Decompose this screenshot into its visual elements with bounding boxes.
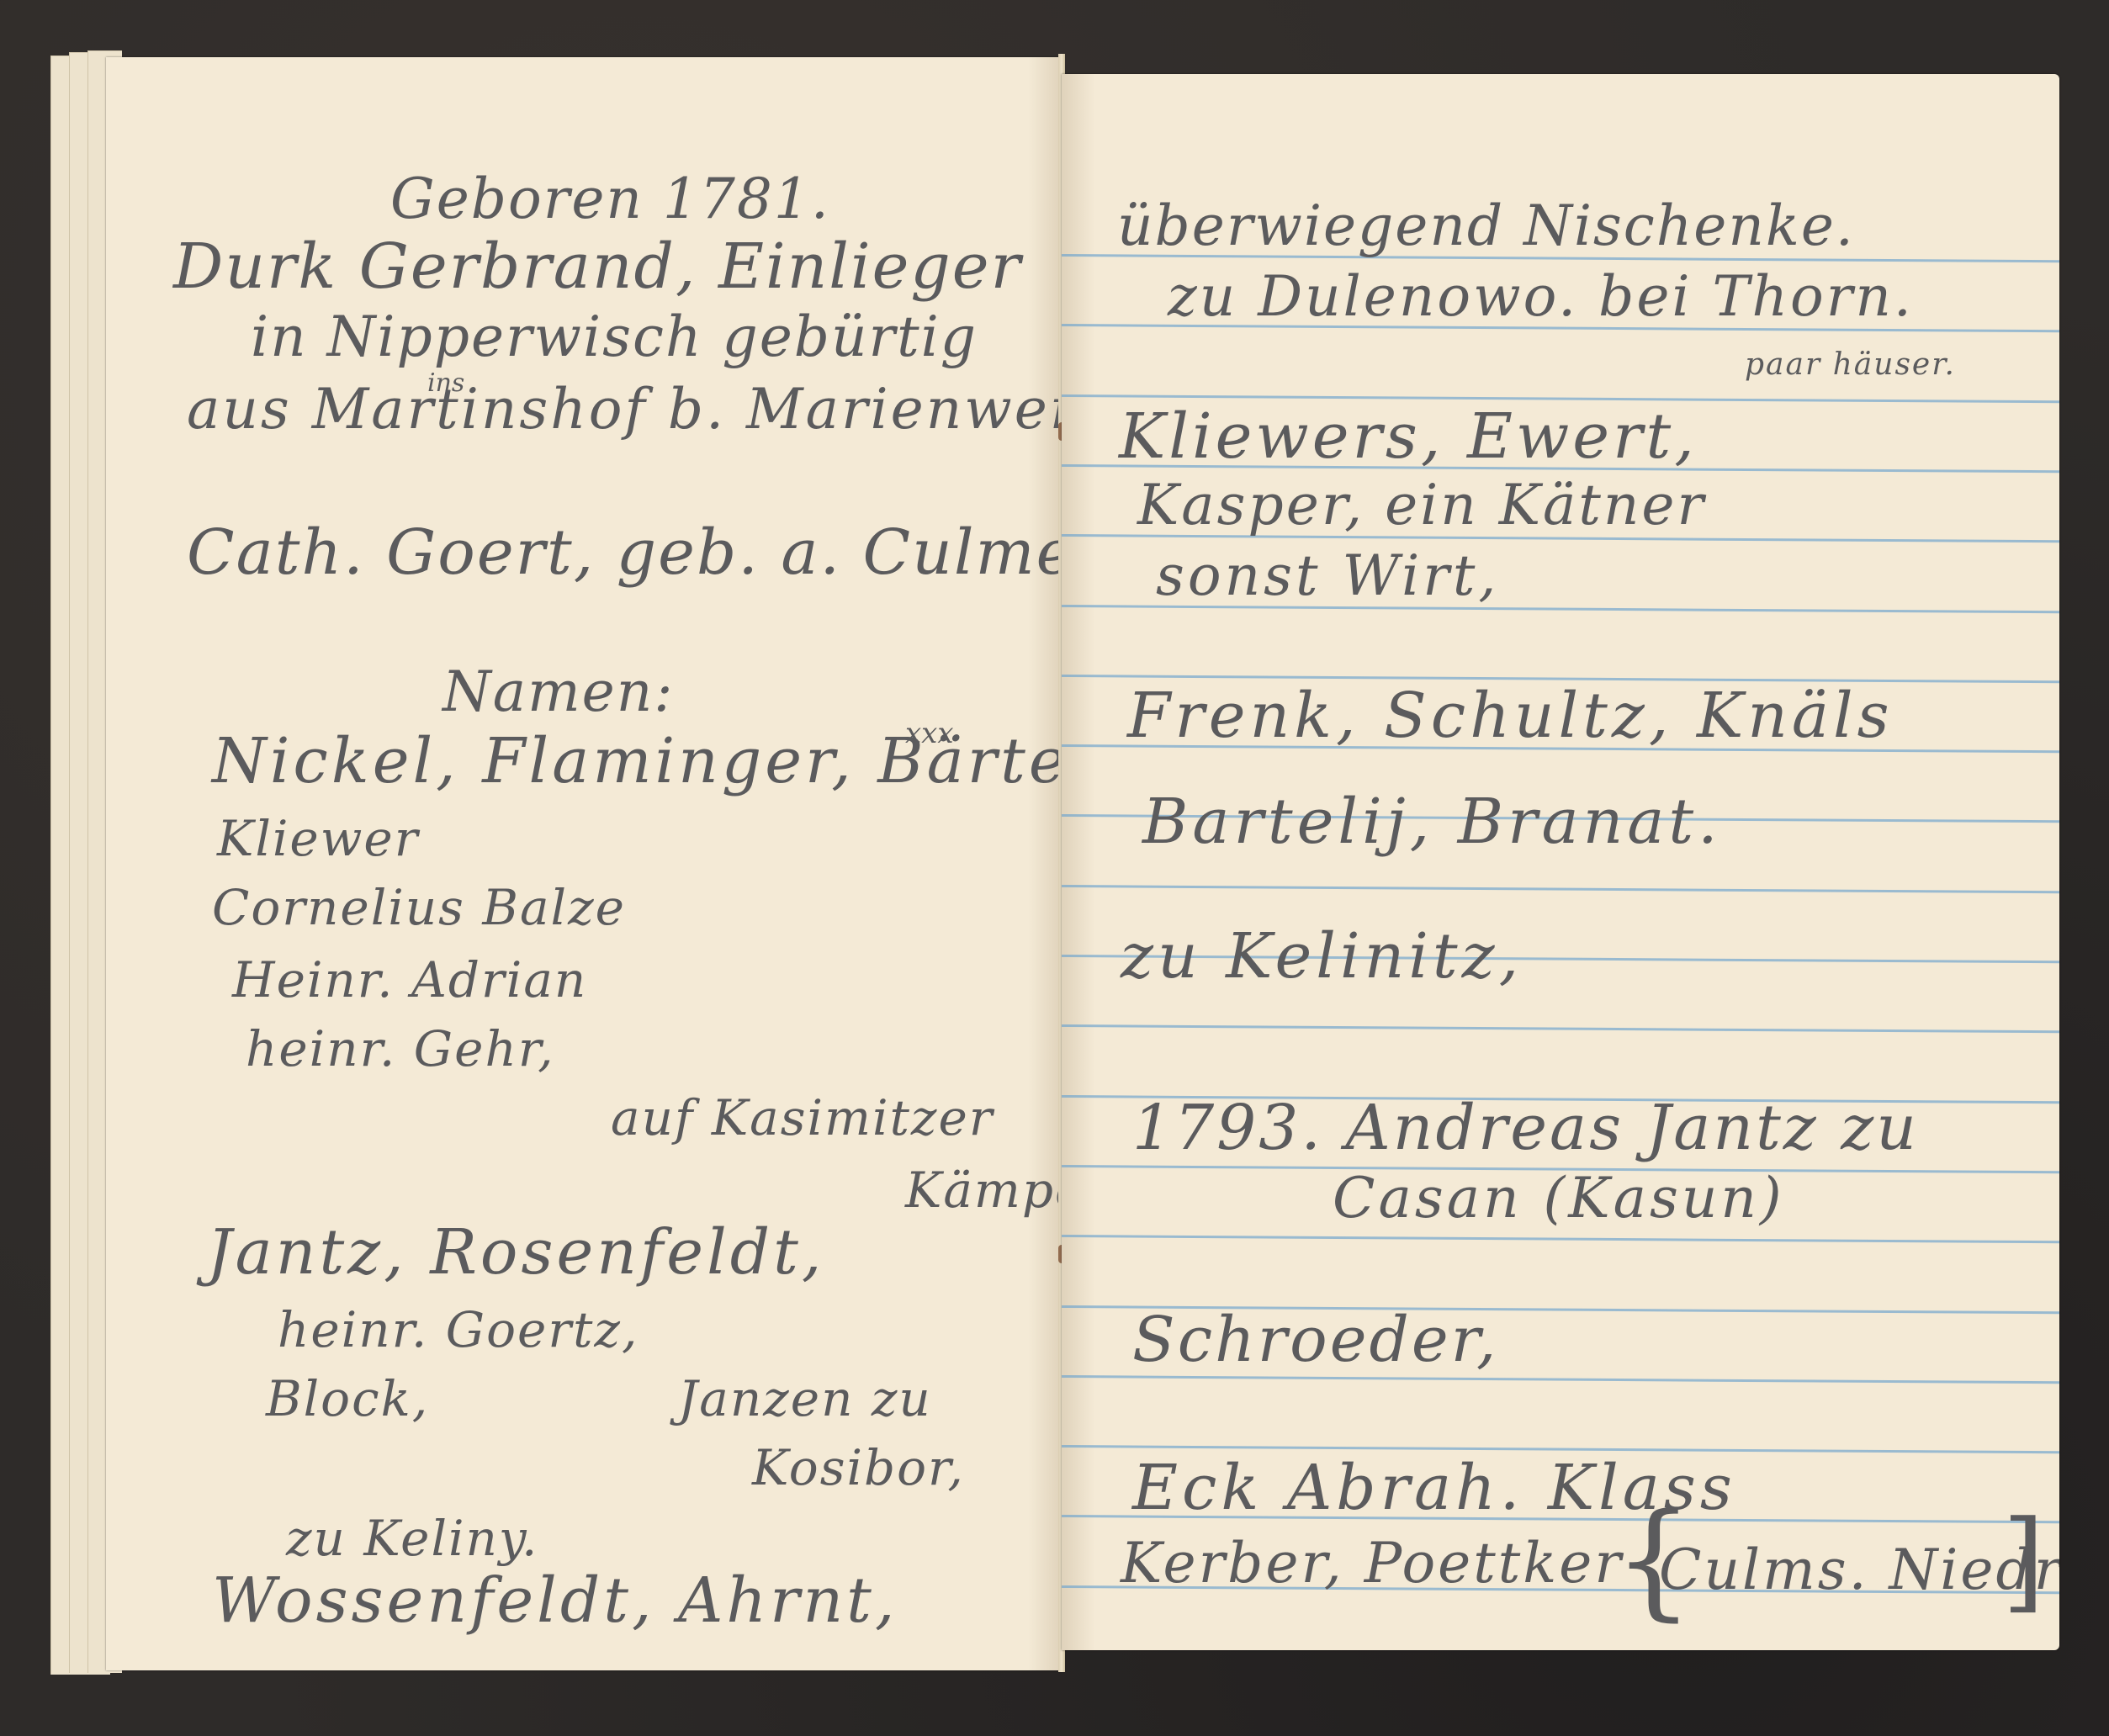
handwritten-line: zu Keliny. <box>286 1514 538 1563</box>
handwritten-line: Kliewer <box>217 814 419 863</box>
rule-line <box>1062 1375 2059 1384</box>
handwritten-line: in Nipperwisch gebürtig <box>251 310 978 365</box>
handwritten-line: Wossenfeldt, Ahrnt, <box>212 1569 898 1632</box>
handwritten-heading: Namen: <box>442 664 674 720</box>
handwritten-line: Janzen zu <box>678 1374 932 1423</box>
handwritten-line: Schroeder, <box>1132 1309 1498 1371</box>
handwritten-line: Durk Gerbrand, Einlieger <box>173 236 1022 298</box>
rule-line <box>1062 885 2059 893</box>
handwritten-line: Cornelius Balze <box>212 883 626 932</box>
handwritten-line: auf Kasimitzer <box>611 1093 994 1142</box>
handwritten-line: zu Dulenowo. bei Thorn. <box>1168 269 1914 325</box>
left-page: Geboren 1781. Durk Gerbrand, Einlieger i… <box>106 57 1062 1670</box>
handwritten-line: Casan (Kasun) <box>1333 1171 1785 1226</box>
handwritten-line: heinr. Goertz, <box>278 1305 639 1354</box>
handwritten-line: Kosibor, <box>752 1443 965 1492</box>
close-bracket: ] <box>2002 1506 2045 1615</box>
handwritten-line: Jantz, Rosenfeldt, <box>207 1221 824 1283</box>
handwritten-line: Bartelij, Branat. <box>1142 791 1722 853</box>
handwritten-line: aus Martinshof b. Marienwerder <box>187 382 1062 437</box>
handwritten-line: Kasper, ein Kätner <box>1137 478 1706 533</box>
rule-line <box>1062 1235 2059 1243</box>
handwritten-line: Culms. Niedr. <box>1659 1543 2059 1598</box>
handwritten-line: heinr. Gehr, <box>246 1024 555 1073</box>
handwritten-line: Frenk, Schultz, Knäls <box>1127 685 1894 747</box>
handwritten-line: Cath. Goert, geb. a. Culmer Gem. <box>187 521 1062 584</box>
handwritten-line: Kerber, Poettker <box>1121 1536 1624 1591</box>
rule-line <box>1062 1024 2059 1033</box>
handwritten-line: zu Kelinitz, <box>1121 925 1523 987</box>
notebook-spread: Geboren 1781. Durk Gerbrand, Einlieger i… <box>50 49 2059 1674</box>
handwritten-line: sonst Wirt, <box>1156 548 1499 604</box>
handwritten-line: Nickel, Flaminger, Bärtel, <box>212 730 1062 792</box>
handwritten-line: 1793. Andreas Jantz zu <box>1132 1097 1919 1159</box>
right-page: überwiegend Nischenke. zu Dulenowo. bei … <box>1062 74 2059 1650</box>
handwritten-line: überwiegend Nischenke. <box>1117 198 1855 254</box>
handwritten-line: Geboren 1781. <box>390 172 830 227</box>
handwritten-line: Heinr. Adrian <box>232 955 587 1004</box>
handwritten-line: Kliewers, Ewert, <box>1119 405 1698 468</box>
handwritten-annotation: paar häuser. <box>1745 350 1956 380</box>
handwritten-line: Block, <box>266 1374 429 1423</box>
handwritten-line: Kämpe <box>905 1166 1062 1215</box>
